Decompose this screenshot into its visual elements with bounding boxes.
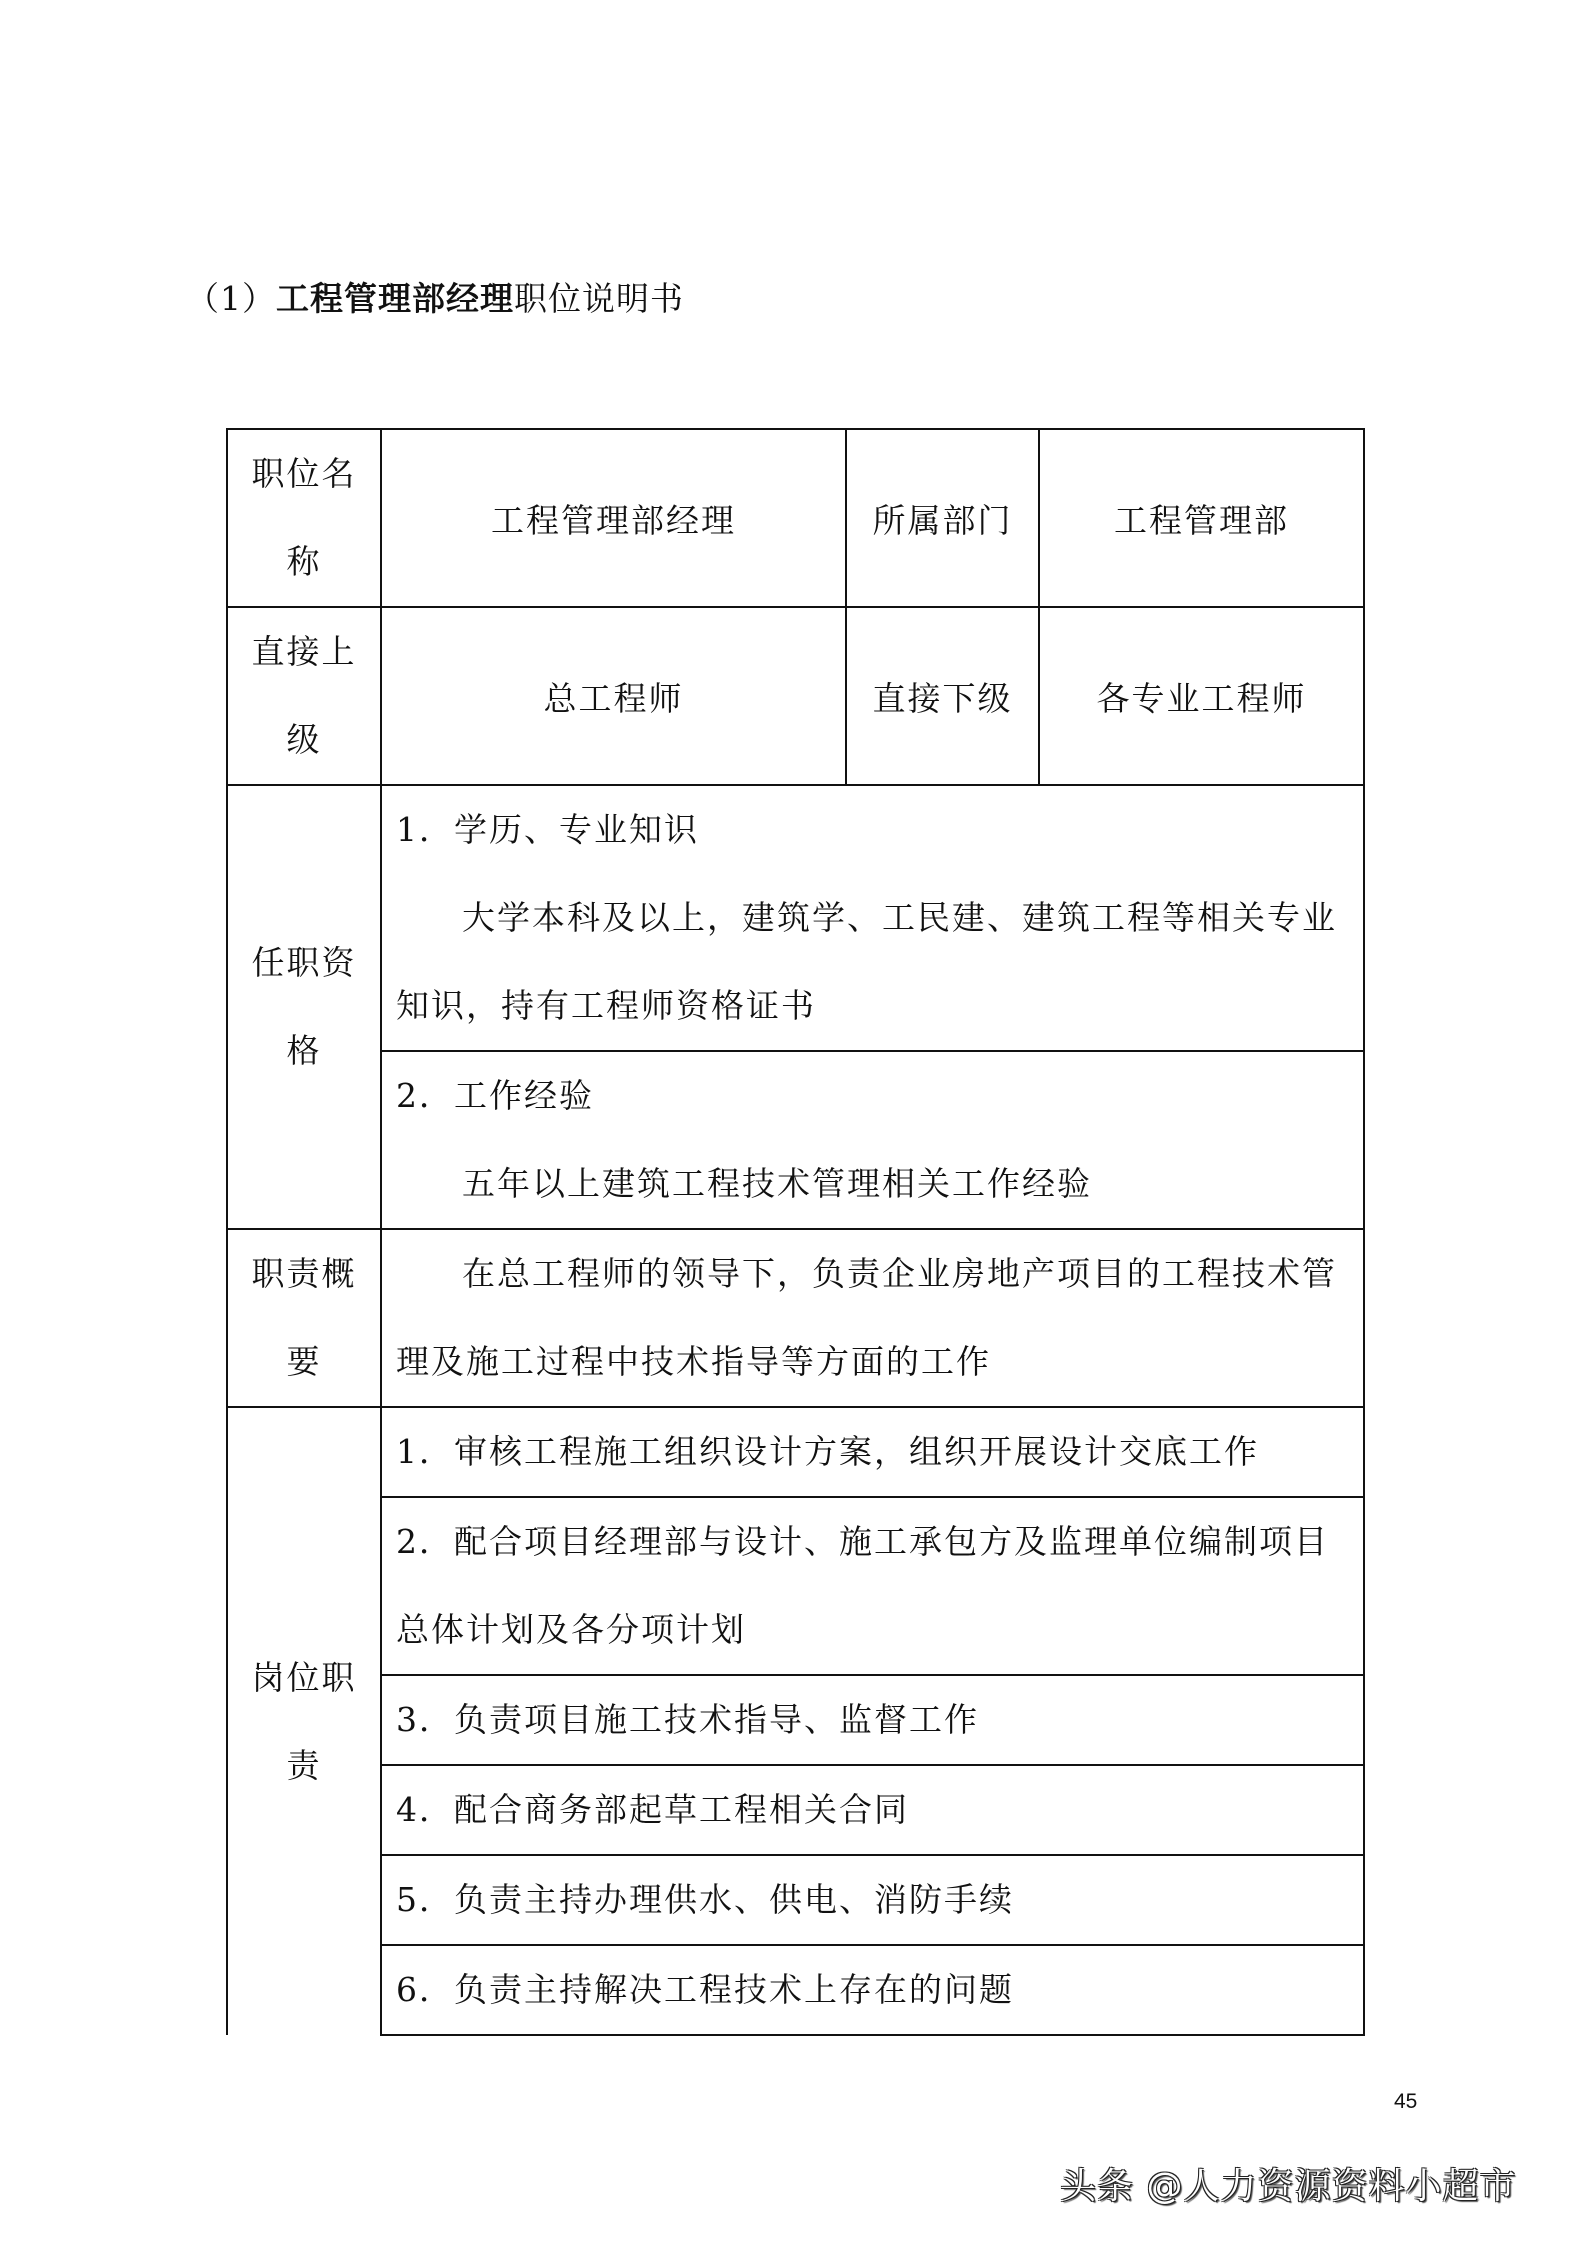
superior-label: 直接上级 (227, 607, 381, 785)
subordinate-label: 直接下级 (846, 607, 1039, 785)
table-row-duty: 3．负责项目施工技术指导、监督工作 (227, 1675, 1364, 1765)
duty-item-5: 5．负责主持办理供水、供电、消防手续 (381, 1855, 1364, 1945)
duties-label: 岗位职责 (227, 1407, 381, 2035)
department-value: 工程管理部 (1039, 429, 1364, 607)
heading-prefix: （1） (186, 279, 276, 318)
qualification-experience-title: 2．工作经验 (396, 1052, 1349, 1140)
qualification-experience: 2．工作经验 五年以上建筑工程技术管理相关工作经验 (381, 1051, 1364, 1229)
qualification-education-body: 大学本科及以上，建筑学、工民建、建筑工程等相关专业知识，持有工程师资格证书 (396, 874, 1349, 1050)
duty-item-6: 6．负责主持解决工程技术上存在的问题 (381, 1945, 1364, 2035)
table-row-reporting: 直接上级 总工程师 直接下级 各专业工程师 (227, 607, 1364, 785)
table-row-qualification-experience: 2．工作经验 五年以上建筑工程技术管理相关工作经验 (227, 1051, 1364, 1229)
table-row-duty: 4．配合商务部起草工程相关合同 (227, 1765, 1364, 1855)
summary-label: 职责概要 (227, 1229, 381, 1407)
table-row-duty: 2．配合项目经理部与设计、施工承包方及监理单位编制项目总体计划及各分项计划 (227, 1497, 1364, 1675)
table-row-position: 职位名称 工程管理部经理 所属部门 工程管理部 (227, 429, 1364, 607)
duty-item-2: 2．配合项目经理部与设计、施工承包方及监理单位编制项目总体计划及各分项计划 (381, 1497, 1364, 1675)
summary-text: 在总工程师的领导下，负责企业房地产项目的工程技术管理及施工过程中技术指导等方面的… (381, 1229, 1364, 1407)
job-description-table: 职位名称 工程管理部经理 所属部门 工程管理部 直接上级 总工程师 直接下级 各… (226, 428, 1365, 2036)
duty-item-3: 3．负责项目施工技术指导、监督工作 (381, 1675, 1364, 1765)
position-name-label: 职位名称 (227, 429, 381, 607)
table-row-duty: 6．负责主持解决工程技术上存在的问题 (227, 1945, 1364, 2035)
qualification-experience-body: 五年以上建筑工程技术管理相关工作经验 (396, 1140, 1349, 1228)
position-name-value: 工程管理部经理 (381, 429, 846, 607)
duty-item-4: 4．配合商务部起草工程相关合同 (381, 1765, 1364, 1855)
superior-value: 总工程师 (381, 607, 846, 785)
duty-item-1: 1．审核工程施工组织设计方案，组织开展设计交底工作 (381, 1407, 1364, 1497)
document-heading: （1）工程管理部经理职位说明书 (186, 274, 684, 324)
table-row-qualification-education: 任职资格 1．学历、专业知识 大学本科及以上，建筑学、工民建、建筑工程等相关专业… (227, 785, 1364, 1051)
page-number: 45 (1394, 2090, 1417, 2114)
department-label: 所属部门 (846, 429, 1039, 607)
table-row-duty: 岗位职责 1．审核工程施工组织设计方案，组织开展设计交底工作 (227, 1407, 1364, 1497)
table-row-duty: 5．负责主持办理供水、供电、消防手续 (227, 1855, 1364, 1945)
watermark: 头条 @人力资源资料小超市 (1060, 2158, 1516, 2209)
table-row-summary: 职责概要 在总工程师的领导下，负责企业房地产项目的工程技术管理及施工过程中技术指… (227, 1229, 1364, 1407)
qualification-education-title: 1．学历、专业知识 (396, 786, 1349, 874)
heading-position-title: 工程管理部经理 (276, 279, 514, 318)
qualification-education: 1．学历、专业知识 大学本科及以上，建筑学、工民建、建筑工程等相关专业知识，持有… (381, 785, 1364, 1051)
qualifications-label: 任职资格 (227, 785, 381, 1229)
subordinate-value: 各专业工程师 (1039, 607, 1364, 785)
heading-suffix: 职位说明书 (514, 279, 684, 318)
